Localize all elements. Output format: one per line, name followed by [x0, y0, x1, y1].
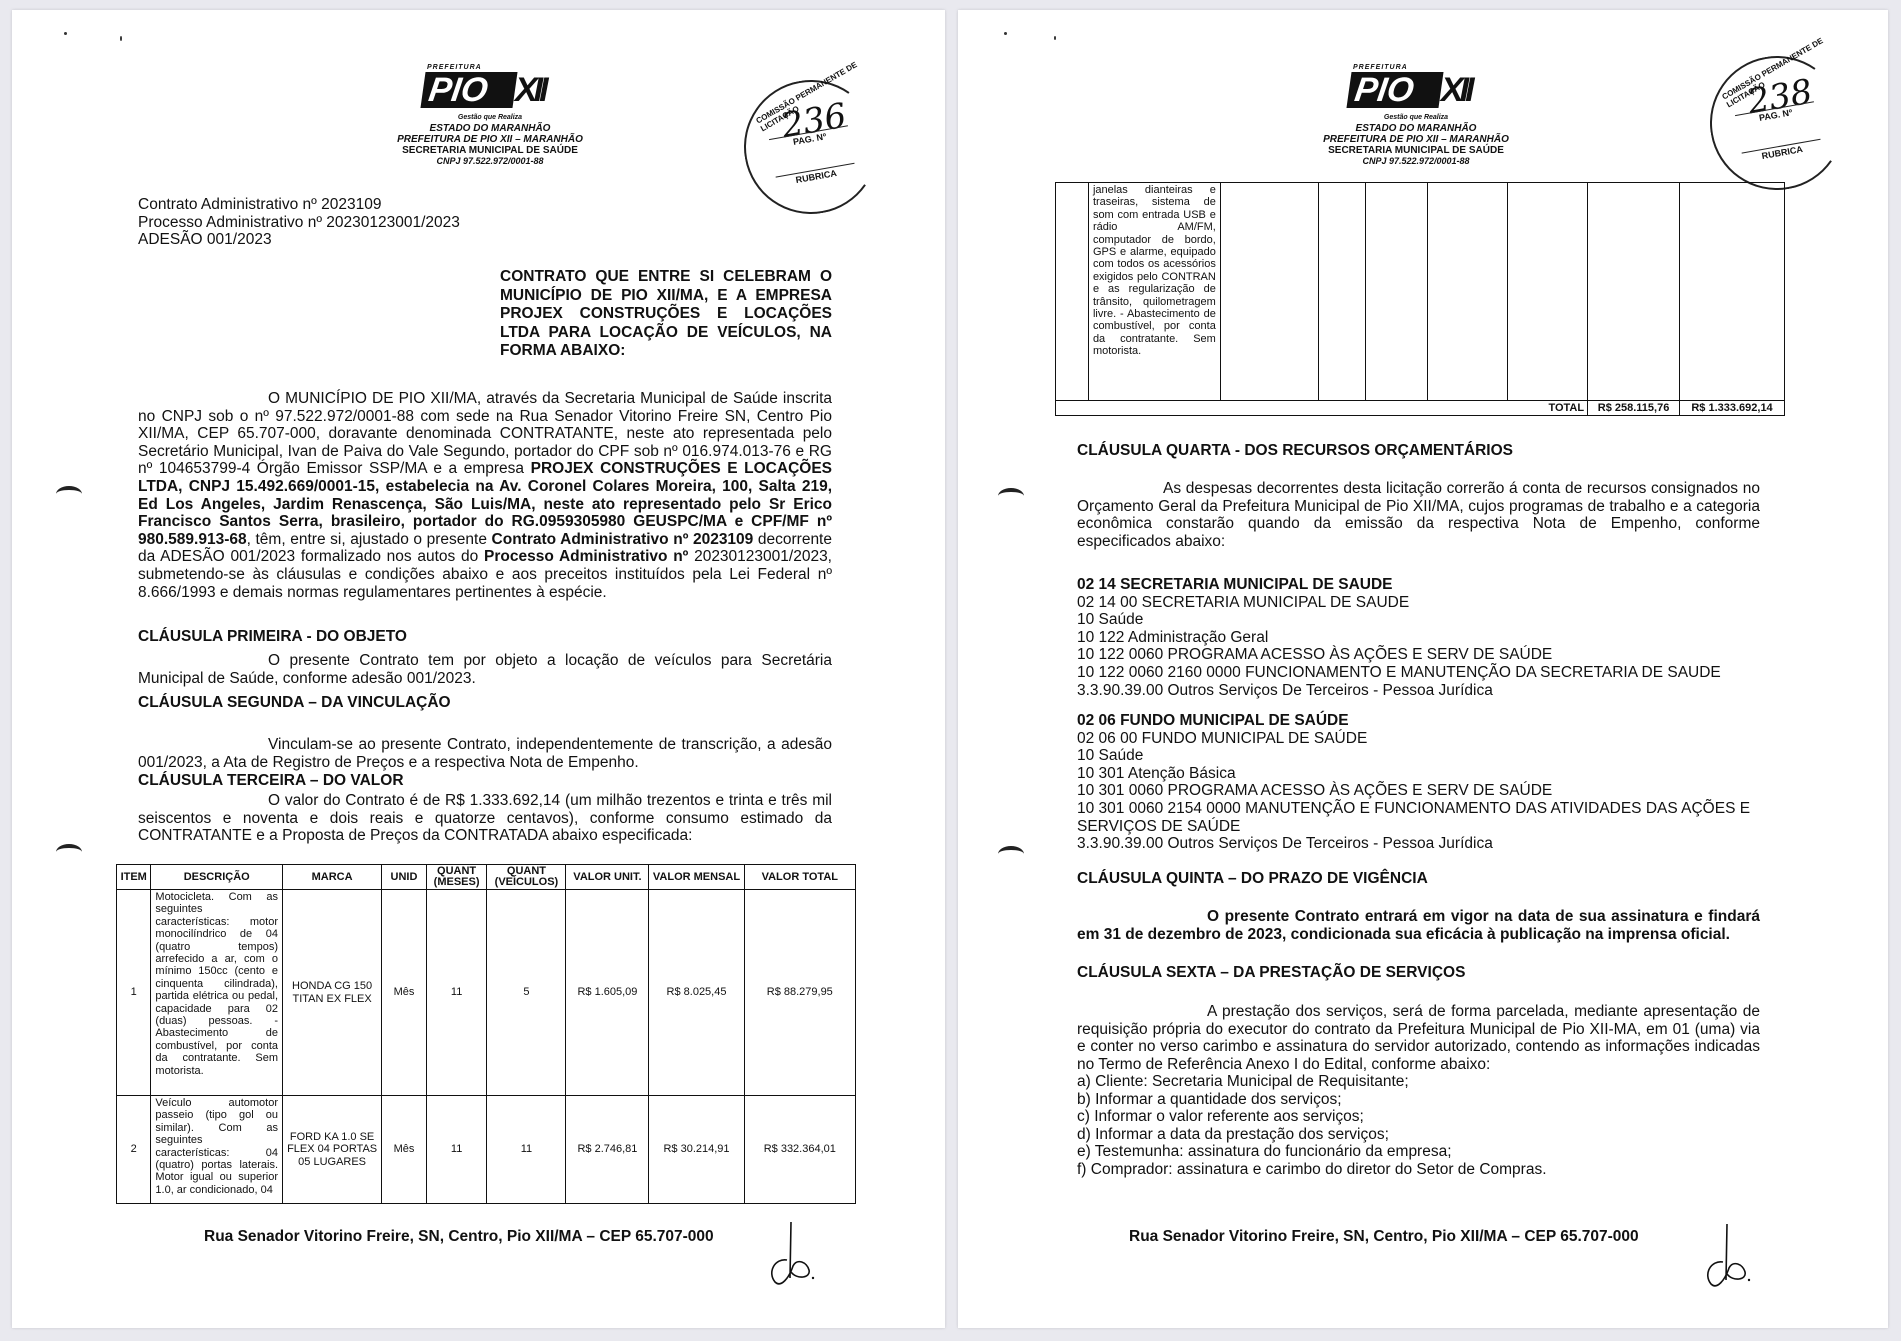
contract-title: CONTRATO QUE ENTRE SI CELEBRAM O MUNICÍP… — [500, 268, 832, 361]
pio-xii-logo: PREFEITURA PIO XII — [1341, 62, 1491, 112]
clause-4-heading: CLÁUSULA QUARTA - DOS RECURSOS ORÇAMENTÁ… — [1077, 442, 1513, 460]
signature-mark — [1693, 1222, 1753, 1292]
adhesion-number: ADESÃO 001/2023 — [138, 231, 460, 249]
scan-speck — [1054, 36, 1056, 40]
header-cnpj: CNPJ 97.522.972/0001-88 — [360, 156, 620, 167]
header-state: ESTADO DO MARANHÃO — [360, 123, 620, 134]
budget-block-1: 02 14 SECRETARIA MUNICIPAL DE SAUDE 02 1… — [1077, 576, 1760, 699]
page-footer-address: Rua Senador Vitorino Freire, SN, Centro,… — [204, 1228, 714, 1246]
clause-6-list: a) Cliente: Secretaria Municipal de Requ… — [1077, 1073, 1760, 1179]
punch-hole-mark — [998, 488, 1024, 504]
punch-hole-mark — [56, 844, 82, 860]
table-row: janelas dianteiras e traseiras, sistema … — [1056, 183, 1785, 401]
list-item: f) Comprador: assinatura e carimbo do di… — [1077, 1161, 1760, 1179]
list-item: c) Informar o valor referente aos serviç… — [1077, 1108, 1760, 1126]
logo-xii-text: XII — [515, 72, 545, 108]
clause-3-text: O valor do Contrato é de R$ 1.333.692,14… — [138, 792, 832, 845]
header-cnpj: CNPJ 97.522.972/0001-88 — [1286, 156, 1546, 167]
total-label: TOTAL — [1056, 401, 1588, 416]
col-valor-total: VALOR TOTAL — [744, 865, 855, 890]
header-secretaria: SECRETARIA MUNICIPAL DE SAÚDE — [360, 145, 620, 156]
document-page-2: PREFEITURA PIO XII Gestão que Realiza ES… — [958, 10, 1888, 1328]
logo-slogan: Gestão que Realiza — [1286, 112, 1546, 123]
budget-block-2: 02 06 FUNDO MUNICIPAL DE SAÚDE 02 06 00 … — [1077, 712, 1760, 853]
letterhead: PREFEITURA PIO XII Gestão que Realiza ES… — [1286, 62, 1546, 167]
clause-6-text: A prestação dos serviços, será de forma … — [1077, 1003, 1760, 1073]
col-descricao: DESCRIÇÃO — [151, 865, 283, 890]
header-secretaria: SECRETARIA MUNICIPAL DE SAÚDE — [1286, 145, 1546, 156]
logo-pio-text: PIO — [420, 72, 517, 108]
col-unid: UNID — [382, 865, 427, 890]
clause-3-heading: CLÁUSULA TERCEIRA – DO VALOR — [138, 772, 404, 790]
header-state: ESTADO DO MARANHÃO — [1286, 123, 1546, 134]
table-row: 1 Motocicleta. Com as seguintes caracter… — [117, 890, 856, 1096]
punch-hole-mark — [998, 846, 1024, 862]
logo-pio-text: PIO — [1346, 72, 1443, 108]
clause-1-text: O presente Contrato tem por objeto a loc… — [138, 652, 832, 687]
contract-number: Contrato Administrativo nº 2023109 — [138, 196, 460, 214]
clause-6-heading: CLÁUSULA SEXTA – DA PRESTAÇÃO DE SERVIÇO… — [1077, 964, 1465, 982]
header-prefeitura: PREFEITURA DE PIO XII – MARANHÃO — [1286, 134, 1546, 145]
col-item: ITEM — [117, 865, 151, 890]
list-item: d) Informar a data da prestação dos serv… — [1077, 1126, 1760, 1144]
stamp-rubrica-label: RUBRICA — [751, 160, 881, 192]
licitacao-stamp: COMISSÃO PERMANENTE DE LICITAÇÃO 238 PAG… — [1699, 45, 1854, 200]
col-valor-mensal: VALOR MENSAL — [649, 865, 744, 890]
col-valor-unit: VALOR UNIT. — [566, 865, 649, 890]
logo-slogan: Gestão que Realiza — [360, 112, 620, 123]
clause-4-text: As despesas decorrentes desta licitação … — [1077, 480, 1760, 550]
table-total-row: TOTAL R$ 258.115,76 R$ 1.333.692,14 — [1056, 401, 1785, 416]
list-item: e) Testemunha: assinatura do funcionário… — [1077, 1143, 1760, 1161]
items-table: ITEM DESCRIÇÃO MARCA UNID QUANT (MESES) … — [116, 864, 856, 1204]
table-row: 2 Veículo automotor passeio (tipo gol ou… — [117, 1096, 856, 1204]
scan-speck — [64, 32, 67, 35]
col-quant-meses: QUANT (MESES) — [426, 865, 487, 890]
list-item: a) Cliente: Secretaria Municipal de Requ… — [1077, 1073, 1760, 1091]
process-number: Processo Administrativo nº 20230123001/2… — [138, 214, 460, 232]
contract-references: Contrato Administrativo nº 2023109 Proce… — [138, 196, 460, 249]
scan-speck — [1004, 32, 1007, 35]
logo-xii-text: XII — [1441, 72, 1471, 108]
table-header-row: ITEM DESCRIÇÃO MARCA UNID QUANT (MESES) … — [117, 865, 856, 890]
header-prefeitura: PREFEITURA DE PIO XII – MARANHÃO — [360, 134, 620, 145]
signature-mark — [757, 1220, 817, 1290]
clause-2-text: Vinculam-se ao presente Contrato, indepe… — [138, 736, 832, 771]
letterhead: PREFEITURA PIO XII Gestão que Realiza ES… — [360, 62, 620, 167]
scan-speck — [120, 36, 122, 41]
total-mensal: R$ 258.115,76 — [1588, 401, 1680, 416]
clause-1-heading: CLÁUSULA PRIMEIRA - DO OBJETO — [138, 628, 407, 646]
punch-hole-mark — [56, 486, 82, 502]
list-item: b) Informar a quantidade dos serviços; — [1077, 1091, 1760, 1109]
total-geral: R$ 1.333.692,14 — [1680, 401, 1785, 416]
pio-xii-logo: PREFEITURA PIO XII — [415, 62, 565, 112]
licitacao-stamp: COMISSÃO PERMANENTE DE LICITAÇÃO 236 PAG… — [733, 69, 888, 224]
stamp-rubrica-label: RUBRICA — [1717, 136, 1847, 168]
clause-2-heading: CLÁUSULA SEGUNDA – DA VINCULAÇÃO — [138, 694, 451, 712]
col-marca: MARCA — [283, 865, 382, 890]
col-quant-veiculos: QUANT (VEÍCULOS) — [487, 865, 566, 890]
preamble-paragraph: O MUNICÍPIO DE PIO XII/MA, através da Se… — [138, 390, 832, 601]
page-footer-address: Rua Senador Vitorino Freire, SN, Centro,… — [1129, 1228, 1639, 1246]
document-page-1: PREFEITURA PIO XII Gestão que Realiza ES… — [12, 10, 945, 1328]
clause-5-text: O presente Contrato entrará em vigor na … — [1077, 908, 1760, 943]
items-table-continuation: janelas dianteiras e traseiras, sistema … — [1055, 182, 1785, 416]
clause-5-heading: CLÁUSULA QUINTA – DO PRAZO DE VIGÊNCIA — [1077, 870, 1428, 888]
